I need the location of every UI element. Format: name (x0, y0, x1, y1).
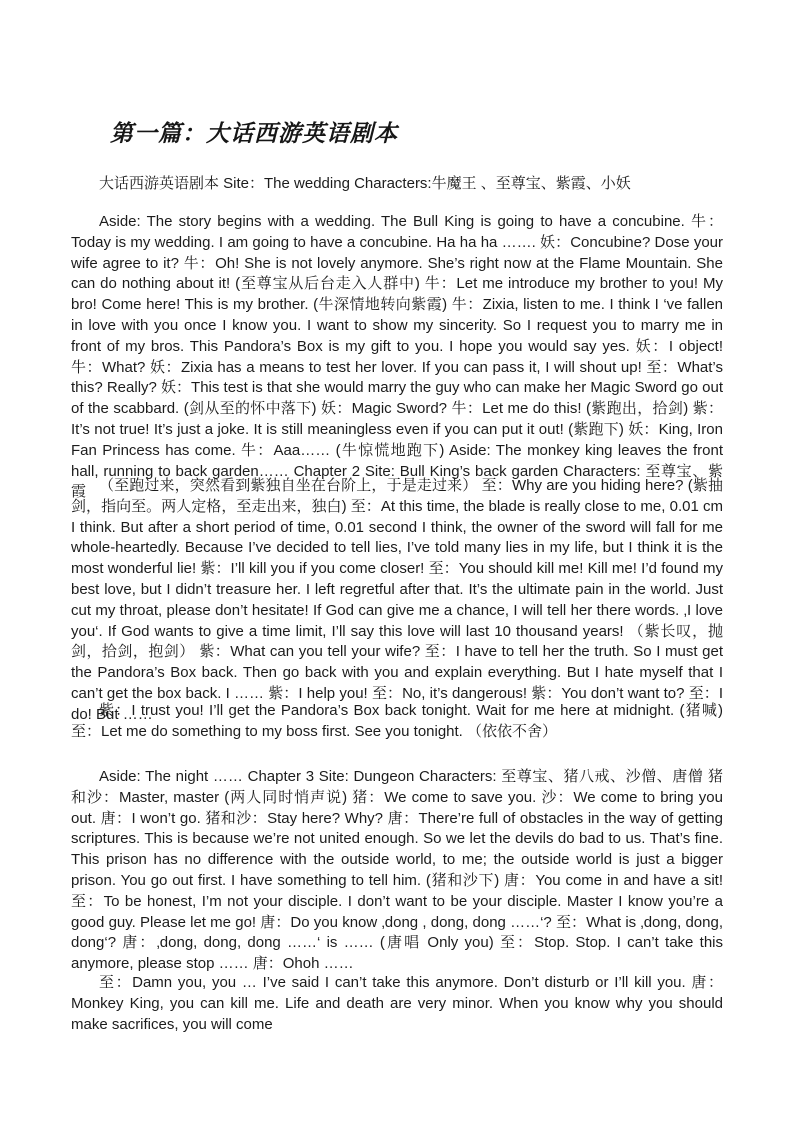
document-page: 第一篇：大话西游英语剧本 大话西游英语剧本 Site：The wedding C… (0, 0, 793, 1122)
paragraph-cast-list: 大话西游英语剧本 Site：The wedding Characters:牛魔王… (71, 174, 723, 195)
paragraph-ending-lines: 至：Damn you, you … I’ve said I can’t take… (71, 973, 723, 1035)
paragraph-chapter-1: Aside: The story begins with a wedding. … (71, 212, 723, 503)
document-title: 第一篇：大话西游英语剧本 (110, 115, 398, 148)
paragraph-midnight-plan: 紫：I trust you! I’ll get the Pandora’s Bo… (71, 701, 723, 743)
paragraph-chapter-2: （至跑过来，突然看到紫独自坐在台阶上，于是走过来） 至：Why are you … (71, 476, 723, 726)
paragraph-chapter-3: Aside: The night …… Chapter 3 Site: Dung… (71, 767, 723, 975)
